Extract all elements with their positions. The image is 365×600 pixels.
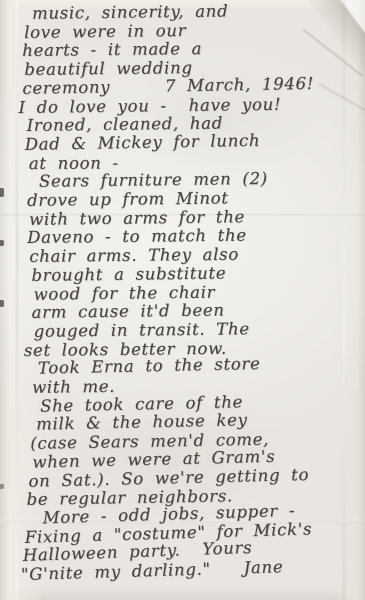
letter-body: music, sincerity, andlove were in ourhea… — [18, 3, 364, 585]
left-edge-mark — [0, 300, 4, 307]
letter-scan-page: music, sincerity, andlove were in ourhea… — [0, 0, 365, 600]
left-edge-mark — [0, 240, 4, 246]
left-edge-mark — [0, 484, 4, 489]
left-edge-mark — [0, 188, 4, 197]
letter-line: Dad & Mickey for lunch — [19, 130, 362, 155]
